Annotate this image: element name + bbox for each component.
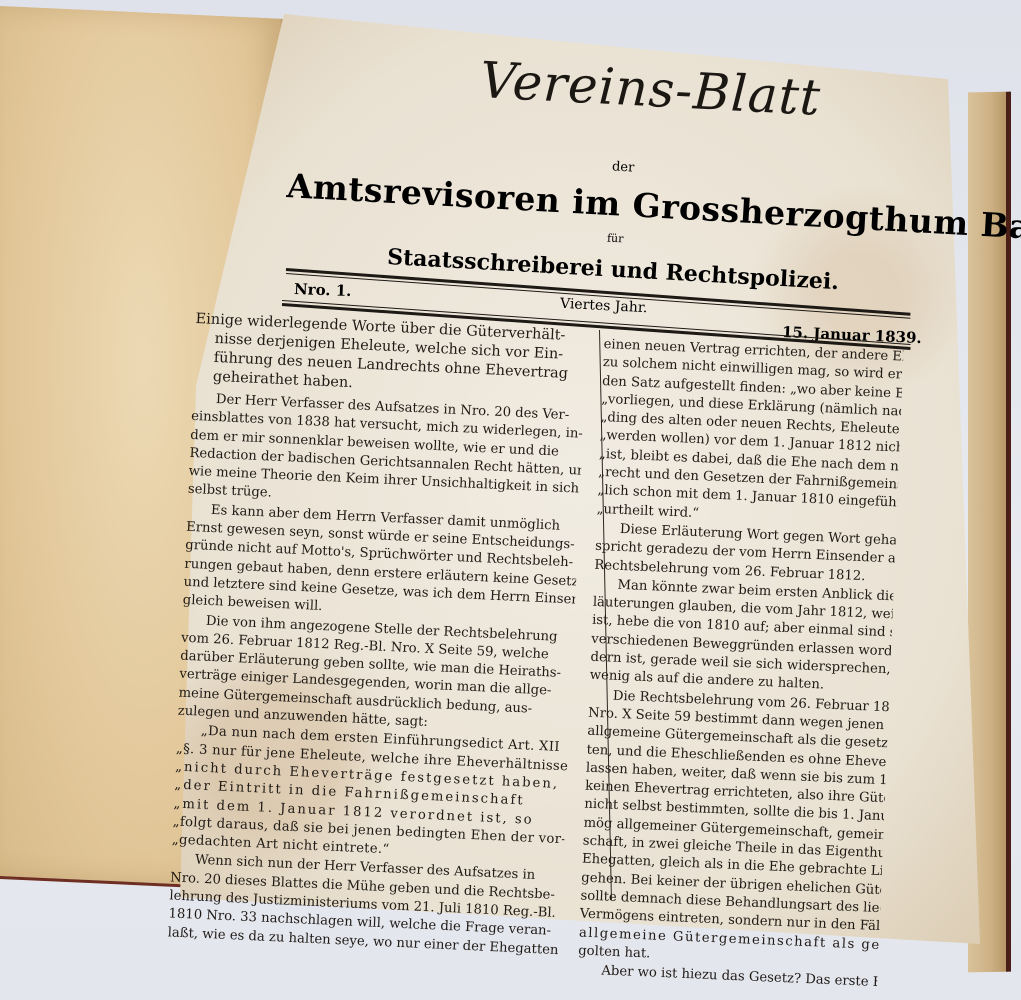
paragraph: Es kann aber dem Herrn Verfasser damit u… (182, 501, 579, 628)
right-column: einen neuen Vertrag errichten, der ander… (577, 336, 904, 993)
masthead-fuer: für (607, 232, 624, 246)
paragraph: Wenn sich nun der Herr Verfasser des Auf… (167, 851, 563, 960)
quoted-passage: „Da nun nach dem ersten Einführungsedict… (171, 722, 568, 868)
paragraph: Man könnte zwar beim ersten Anblick dies… (589, 576, 893, 698)
left-column: Einige widerlegende Worte über die Güter… (167, 310, 587, 961)
paragraph: Die von ihm angezogene Stelle der Rechts… (177, 611, 574, 738)
paragraph: einen neuen Vertrag errichten, der ander… (596, 336, 903, 531)
paragraph: Der Herr Verfasser des Aufsatzes in Nro.… (187, 390, 584, 517)
issue-number: Nro. 1. (294, 280, 352, 300)
masthead-der: der (612, 159, 635, 175)
paragraph: Die Rechtsbelehrung vom 26. Februar 1812… (578, 686, 889, 973)
